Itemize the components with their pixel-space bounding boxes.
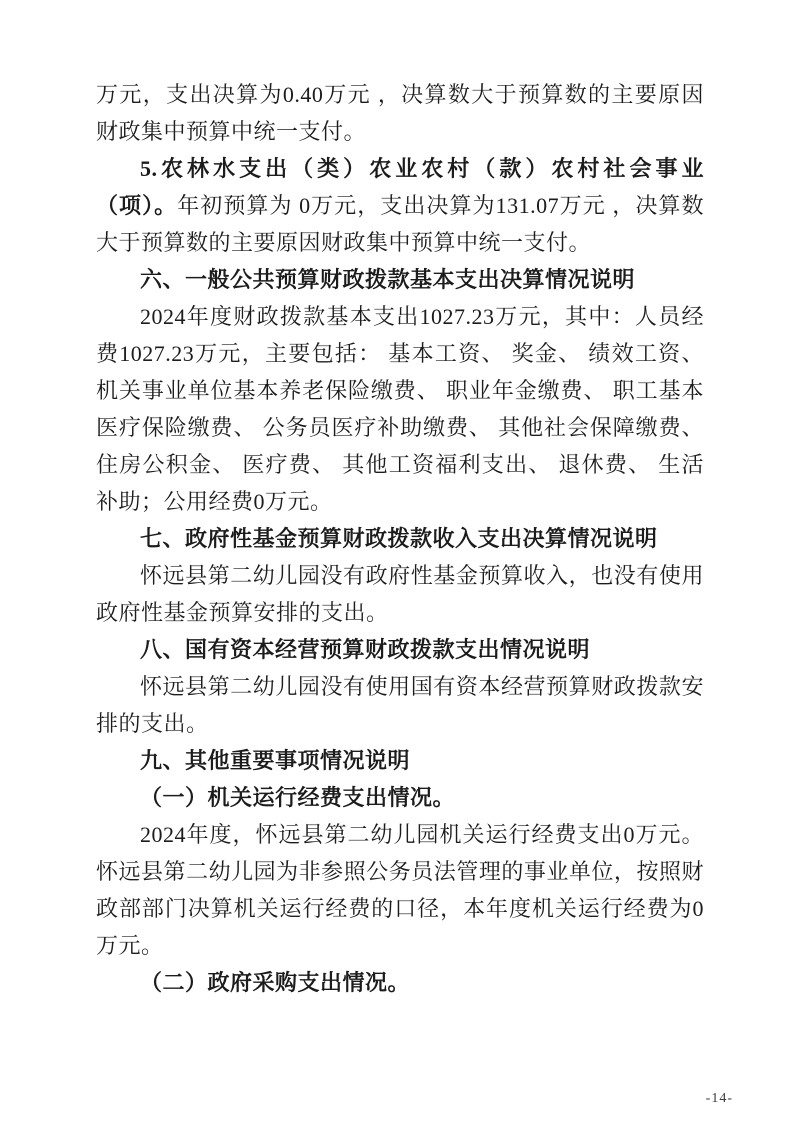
section-heading: 八、国有资本经营预算财政拨款支出情况说明 xyxy=(96,631,704,668)
section-heading: 九、其他重要事项情况说明 xyxy=(96,742,704,779)
paragraph: 万元，支出决算为0.40万元 ，决算数大于预算数的主要原因 财政集中预算中统一支… xyxy=(96,76,704,150)
text-run: 怀远县第二幼儿园没有使用国有资本经营预算财政拨款安排的支出。 xyxy=(96,674,704,736)
paragraph: 5.农林水支出（类）农业农村（款）农村社会事业（项）。年初预算为 0万元，支出决… xyxy=(96,150,704,261)
text-run: 七、政府性基金预算财政拨款收入支出决算情况说明 xyxy=(140,526,658,551)
paragraph: 怀远县第二幼儿园没有政府性基金预算收入，也没有使用政府性基金预算安排的支出。 xyxy=(96,557,704,631)
paragraph: 怀远县第二幼儿园没有使用国有资本经营预算财政拨款安排的支出。 xyxy=(96,668,704,742)
section-heading: 六、一般公共预算财政拨款基本支出决算情况说明 xyxy=(96,261,704,298)
page-number: -14- xyxy=(706,1091,733,1107)
document-body: 万元，支出决算为0.40万元 ，决算数大于预算数的主要原因 财政集中预算中统一支… xyxy=(96,76,704,1001)
text-run: 万元，支出决算为0.40万元 ，决算数大于预算数的主要原因 财政集中预算中统一支… xyxy=(96,82,704,144)
text-run: 2024年度，怀远县第二幼儿园机关运行经费支出0万元。怀远县第二幼儿园为非参照公… xyxy=(96,822,704,958)
text-run: 年初预算为 0万元，支出决算为131.07万元 ，决算数大于预算数的主要原因财政… xyxy=(96,193,704,255)
document-page: 万元，支出决算为0.40万元 ，决算数大于预算数的主要原因 财政集中预算中统一支… xyxy=(0,0,793,1122)
text-run: 八、国有资本经营预算财政拨款支出情况说明 xyxy=(140,637,590,662)
sub-heading: （二）政府采购支出情况。 xyxy=(96,964,704,1001)
paragraph: 2024年度，怀远县第二幼儿园机关运行经费支出0万元。怀远县第二幼儿园为非参照公… xyxy=(96,816,704,964)
text-run: 2024年度财政拨款基本支出1027.23万元，其中：人员经费1027.23万元… xyxy=(96,304,704,514)
text-run: 九、其他重要事项情况说明 xyxy=(140,748,410,773)
sub-heading: （一）机关运行经费支出情况。 xyxy=(96,779,704,816)
text-run: 六、一般公共预算财政拨款基本支出决算情况说明 xyxy=(140,267,635,292)
text-run: （一）机关运行经费支出情况。 xyxy=(140,785,455,810)
text-run: 怀远县第二幼儿园没有政府性基金预算收入，也没有使用政府性基金预算安排的支出。 xyxy=(96,563,704,625)
paragraph: 2024年度财政拨款基本支出1027.23万元，其中：人员经费1027.23万元… xyxy=(96,298,704,520)
section-heading: 七、政府性基金预算财政拨款收入支出决算情况说明 xyxy=(96,520,704,557)
text-run: （二）政府采购支出情况。 xyxy=(140,970,410,995)
